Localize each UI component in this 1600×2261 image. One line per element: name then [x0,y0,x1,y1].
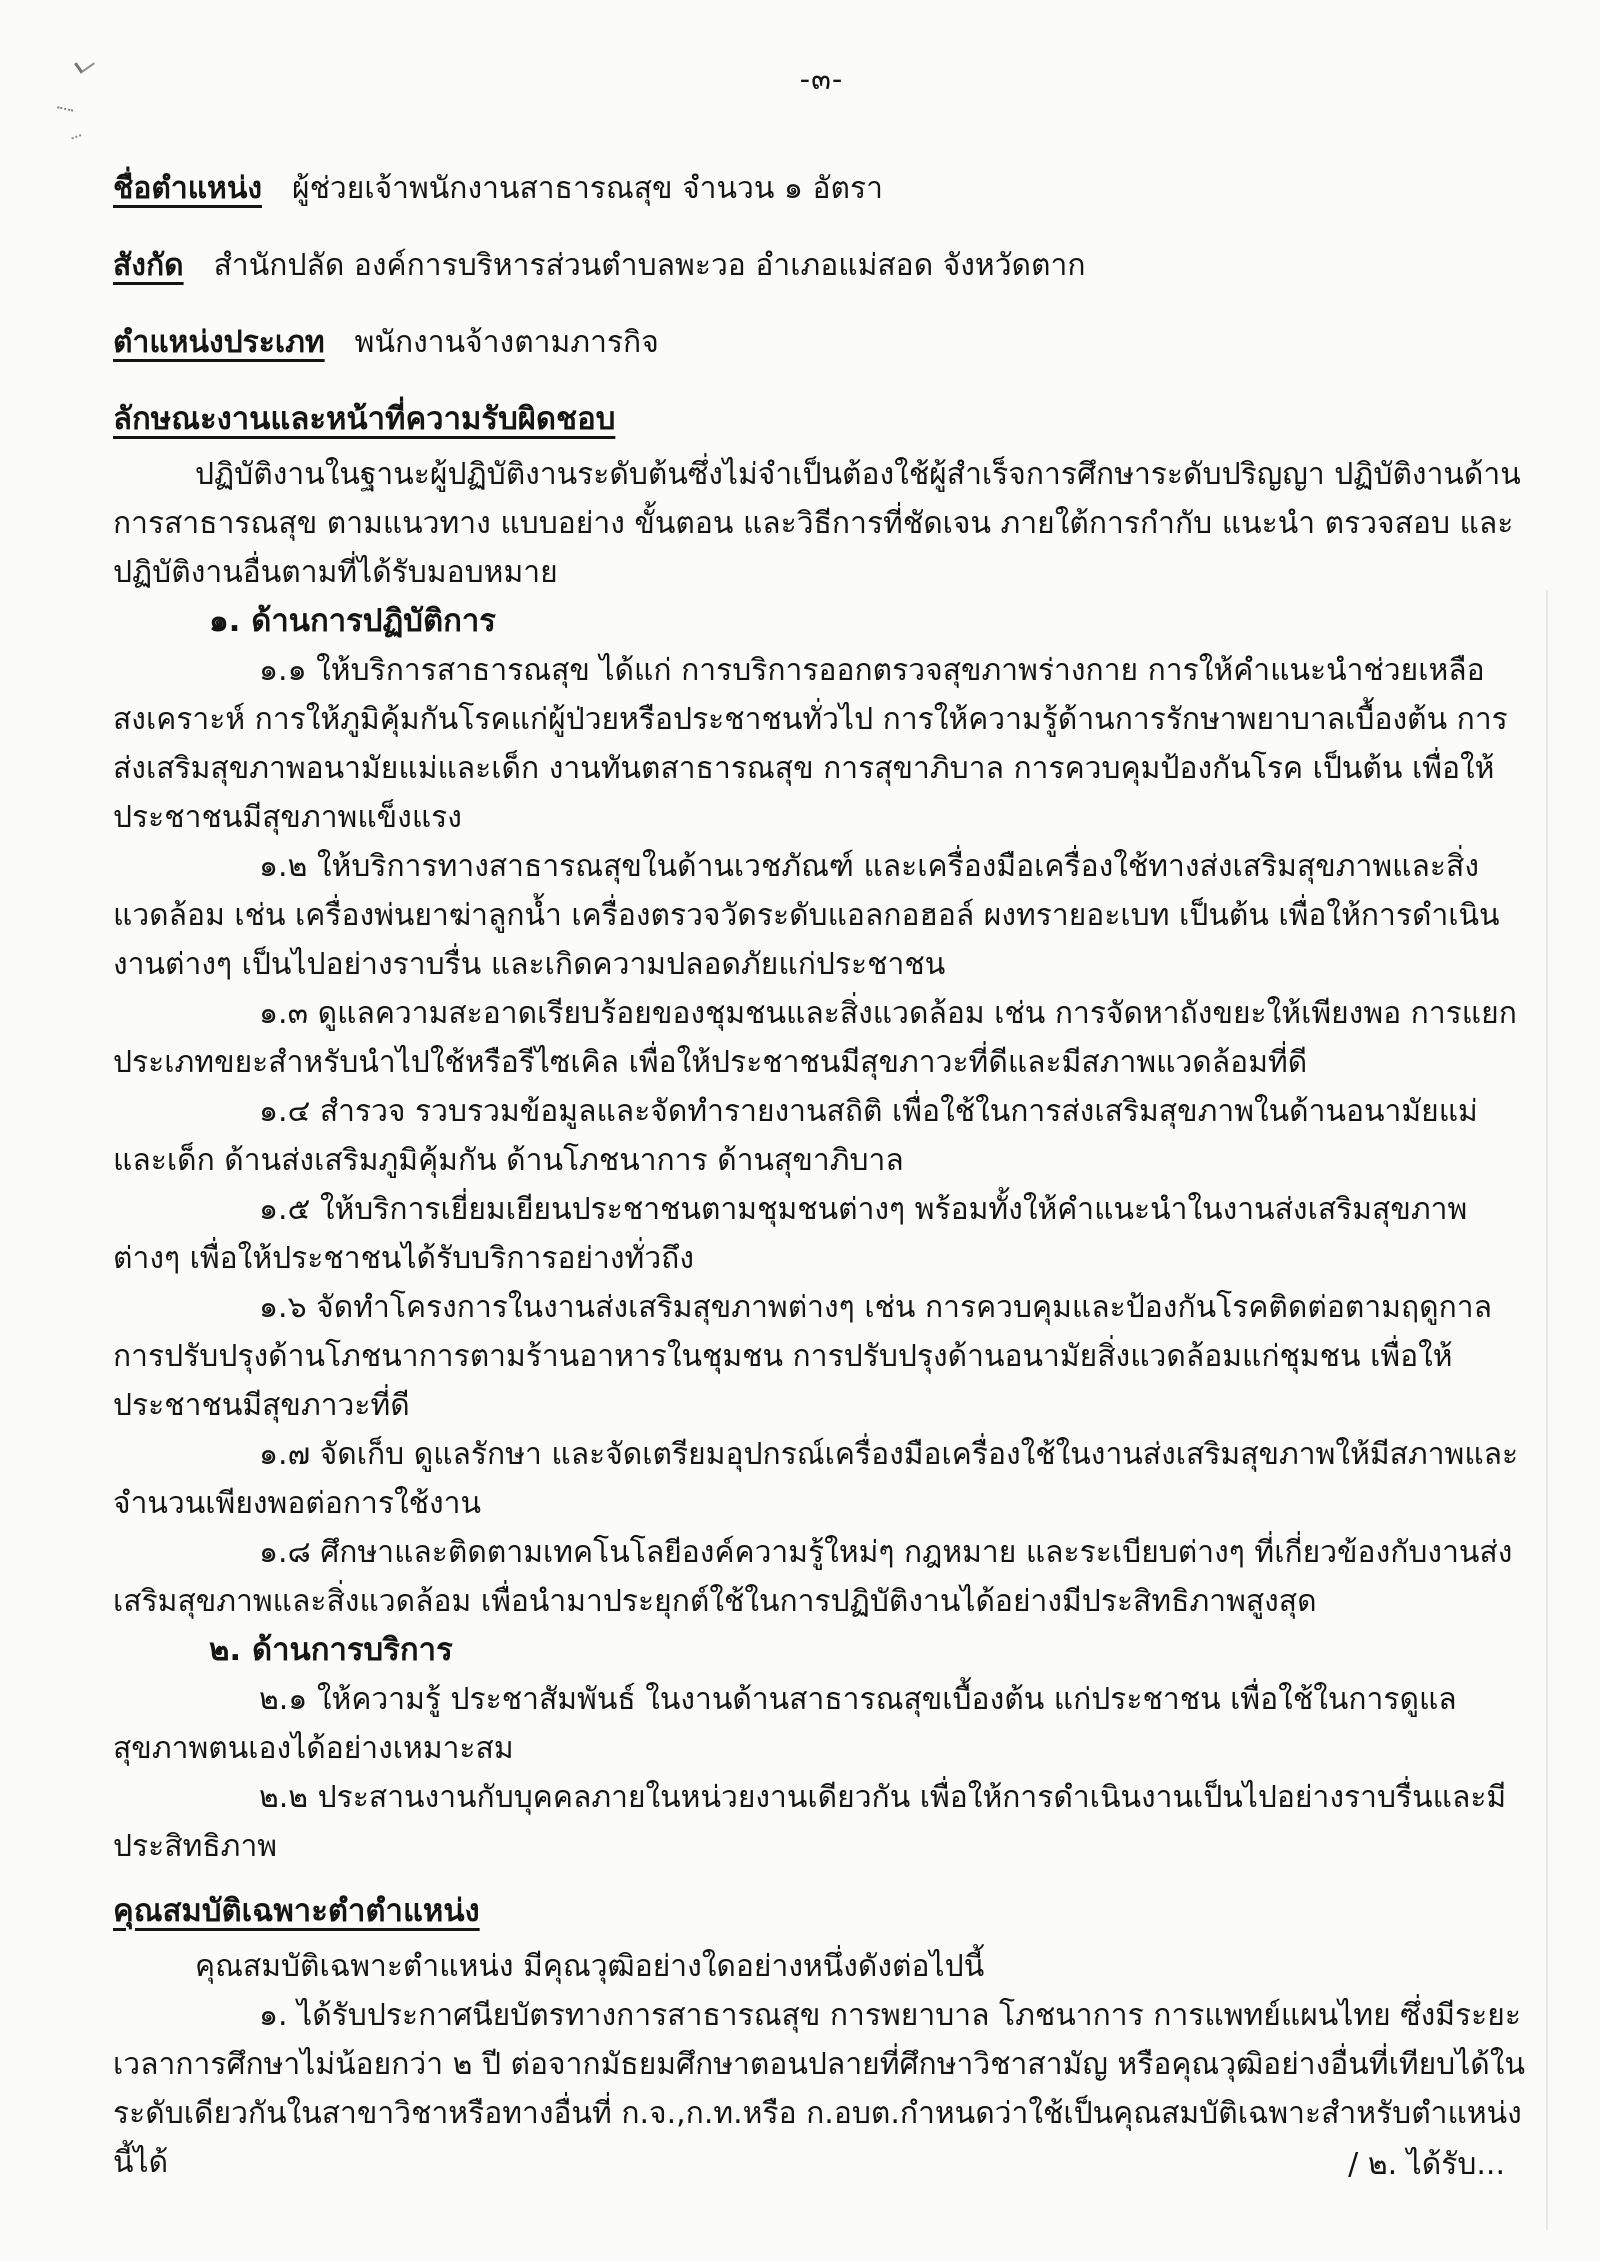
header-fields: ชื่อตำแหน่งผู้ช่วยเจ้าพนักงานสาธารณสุข จ… [113,164,1530,367]
duty-item: ๑.๕ ให้บริการเยี่ยมเยียนประชาชนตามชุมชนต… [113,1185,1530,1283]
field-affiliation: สังกัดสำนักปลัด องค์การบริหารส่วนตำบลพะว… [113,241,1530,290]
duties-section: ลักษณะงานและหน้าที่ความรับผิดชอบ ปฏิบัติ… [113,395,1530,1871]
field-label: สังกัด [113,248,184,283]
services-heading: ๒. ด้านการบริการ [113,1626,1530,1675]
qualifications-section: คุณสมบัติเฉพาะตำตำแหน่ง คุณสมบัติเฉพาะตำ… [113,1887,1530,2187]
duty-item: ๑.๒ ให้บริการทางสาธารณสุขในด้านเวชภัณฑ์ … [113,842,1530,989]
pen-mark [69,127,82,140]
duty-item: ๑.๖ จัดทำโครงการในงานส่งเสริมสุขภาพต่างๆ… [113,1283,1530,1430]
field-value: พนักงานจ้างตามภารกิจ [355,325,659,360]
duties-heading: ลักษณะงานและหน้าที่ความรับผิดชอบ [113,395,1530,444]
scan-edge-line [1546,590,1548,2230]
duty-item: ๑.๔ สำรวจ รวบรวมข้อมูลและจัดทำรายงานสถิต… [113,1087,1530,1185]
duties-intro: ปฏิบัติงานในฐานะผู้ปฏิบัติงานระดับต้นซึ่… [113,450,1530,597]
field-label: ตำแหน่งประเภท [113,325,325,360]
field-position-type: ตำแหน่งประเภทพนักงานจ้างตามภารกิจ [113,318,1530,367]
page-number: -๓- [113,55,1530,104]
duty-item: ๑.๘ ศึกษาและติดตามเทคโนโลยีองค์ความรู้ให… [113,1528,1530,1626]
duty-item: ๑.๑ ให้บริการสาธารณสุข ได้แก่ การบริการอ… [113,646,1530,842]
field-label: ชื่อตำแหน่ง [113,171,262,206]
duty-item: ๑.๗ จัดเก็บ ดูแลรักษา และจัดเตรียมอุปกรณ… [113,1430,1530,1528]
qualifications-heading: คุณสมบัติเฉพาะตำตำแหน่ง [113,1887,1530,1936]
field-value: สำนักปลัด องค์การบริหารส่วนตำบลพะวอ อำเภ… [214,248,1086,283]
qualification-item: ๑. ได้รับประกาศนียบัตรทางการสาธารณสุข กา… [113,1991,1530,2187]
field-position-title: ชื่อตำแหน่งผู้ช่วยเจ้าพนักงานสาธารณสุข จ… [113,164,1530,213]
operations-heading: ๑. ด้านการปฏิบัติการ [113,597,1530,646]
pen-mark [57,98,75,111]
document-page: -๓- ชื่อตำแหน่งผู้ช่วยเจ้าพนักงานสาธารณส… [0,0,1600,2261]
continuation-note: / ๒. ได้รับ... [1348,2140,1505,2189]
pen-mark [74,54,95,74]
duty-item: ๑.๓ ดูแลความสะอาดเรียบร้อยของชุมชนและสิ่… [113,989,1530,1087]
qualifications-intro: คุณสมบัติเฉพาะตำแหน่ง มีคุณวุฒิอย่างใดอย… [113,1942,1530,1991]
field-value: ผู้ช่วยเจ้าพนักงานสาธารณสุข จำนวน ๑ อัตร… [292,171,883,206]
duty-item: ๒.๒ ประสานงานกับบุคคลภายในหน่วยงานเดียวก… [113,1773,1530,1871]
duty-item: ๒.๑ ให้ความรู้ ประชาสัมพันธ์ ในงานด้านสา… [113,1675,1530,1773]
